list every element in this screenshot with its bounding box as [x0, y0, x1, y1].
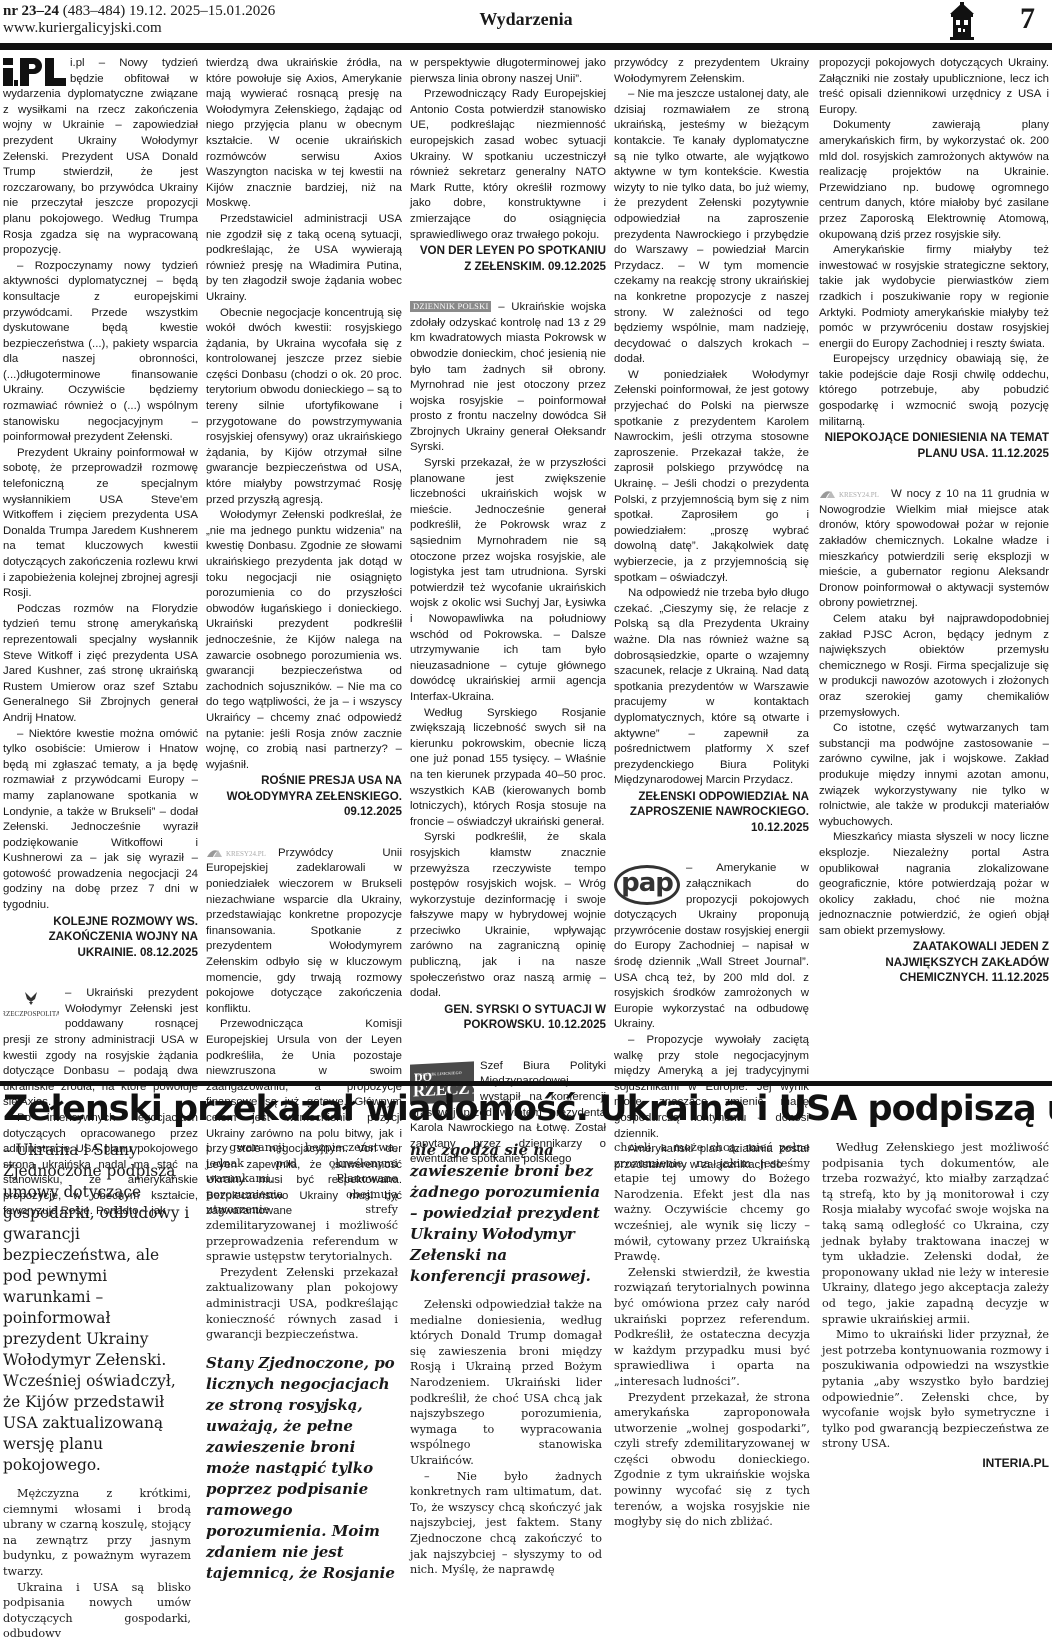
news-item-pap: pap– Amerykanie w załącznikach do propoz…: [614, 861, 809, 1033]
article-text: Zełenski odpowiedział także na medialne …: [410, 1297, 602, 1469]
news-source-caption: ZEŁENSKI ODPOWIEDZIAŁ NA ZAPROSZENIE NAW…: [614, 789, 809, 836]
news-text: w perspektywie długoterminowej jako pier…: [410, 56, 606, 87]
svg-text:RZECZPOSPOLITA: RZECZPOSPOLITA: [3, 1010, 59, 1018]
news-text: i.pl – Nowy tydzień będzie obfitował w w…: [3, 57, 198, 256]
kresy24-logo-icon: KRESY24.PL: [206, 847, 274, 859]
dziennik-polski-logo-icon: DZIENNIK POLSKI: [410, 301, 491, 312]
article-lead: – Ukraina i Stany Zjednoczone podpiszą u…: [3, 1140, 191, 1476]
lantern-icon: [947, 2, 977, 40]
news-column-4: przywódcy z prezydentem Ukrainy Wołodymy…: [614, 56, 809, 1173]
article-text: Ukraina i USA są blisko podpisania nowyc…: [3, 1580, 191, 1637]
article-text: – Nie było żadnych konkretnych ram ultim…: [410, 1469, 602, 1578]
news-text: – Rozpoczynamy nowy tydzień aktywności d…: [3, 259, 198, 446]
news-text: W nocy z 10 na 11 grudnia w Nowogrodzie …: [819, 488, 1049, 609]
article-text: Prezydent Zełenski przekazał zaktualizow…: [206, 1265, 398, 1343]
news-text: Przedstawiciel administracji USA nie zgo…: [206, 212, 402, 306]
news-text: W poniedziałek Wołodymyr Zełenski poinfo…: [614, 368, 809, 586]
svg-text:KRESY24.PL: KRESY24.PL: [839, 491, 879, 499]
article-credit: INTERIA.PL: [822, 1456, 1049, 1472]
news-text: – Ukraińskie wojska zdołały odzyskać kon…: [410, 301, 606, 453]
svg-text:KRESY24.PL: KRESY24.PL: [226, 850, 266, 858]
news-text: Mieszkańcy miasta słyszeli w nocy liczne…: [819, 830, 1049, 939]
news-text: twierdzą dwa ukraińskie źródła, na które…: [206, 56, 402, 212]
news-source-caption: GEN. SYRSKI O SYTUACJI W POKROWSKU. 10.1…: [410, 1002, 606, 1033]
news-text: Amerykańskie firmy miałyby też inwestowa…: [819, 243, 1049, 352]
news-source-caption: ROŚNIE PRESJA USA NA WOŁODYMYRA ZEŁENSKI…: [206, 773, 402, 820]
kresy24-logo-icon: KRESY24.PL: [819, 488, 887, 500]
section-title: Wydarzenia: [0, 9, 1052, 30]
news-text: Podczas rozmów na Florydzie tydzień temu…: [3, 602, 198, 727]
news-column-1: i.pl – Nowy tydzień będzie obfitował w w…: [3, 56, 198, 1220]
news-text: Przewodniczący Rady Europejskiej Antonio…: [410, 87, 606, 243]
article-text: Prezydent przekazał, że strona amerykańs…: [614, 1390, 810, 1530]
news-text: Na odpowiedź nie trzeba było długo czeka…: [614, 586, 809, 789]
news-text: Celem ataku był najprawdopodobniej zakła…: [819, 612, 1049, 721]
news-column-5: propozycji pokojowych dotyczących Ukrain…: [819, 56, 1049, 1012]
article-column-5: Według Zełenskiego jest możliwość podpis…: [822, 1140, 1049, 1471]
article-text: Według Zełenskiego jest możliwość podpis…: [822, 1140, 1049, 1327]
news-item-ipl: i.pl – Nowy tydzień będzie obfitował w w…: [3, 56, 198, 259]
news-text: Wołodymyr Zełenski podkreślał, że „nie m…: [206, 508, 402, 773]
article-pull-quote: nie zgodzą się na zawieszenie broni bez …: [410, 1140, 602, 1287]
news-item-kresy-2: KRESY24.PL W nocy z 10 na 11 grudnia w N…: [819, 487, 1049, 612]
page-number: 7: [1020, 2, 1035, 36]
article-text: Mimo to ukraiński lider przyznał, że jes…: [822, 1327, 1049, 1452]
news-text: Obecnie negocjacje koncentrują się wokół…: [206, 306, 402, 509]
article-column-3: nie zgodzą się na zawieszenie broni bez …: [410, 1140, 602, 1578]
rzeczpospolita-logo-icon: RZECZPOSPOLITA: [3, 988, 59, 1020]
news-text: Co istotne, część wytwarzanych tam subst…: [819, 721, 1049, 830]
page-header: nr 23–24 (483–484) 19.12. 2025–15.01.202…: [0, 0, 1052, 50]
article-text: chcieli, a może chcą, mieć pełne zrozumi…: [614, 1140, 810, 1265]
news-item-kresy: KRESY24.PL Przywódcy Unii Europejskiej z…: [206, 846, 402, 1018]
article-text: Mężczyzna z krótkimi, ciemnymi włosami i…: [3, 1486, 191, 1580]
article-pull-quote: Stany Zjednoczone, po licznych negocjacj…: [206, 1353, 398, 1584]
news-text: – Nie ma jeszcze ustalonej daty, ale dzi…: [614, 87, 809, 368]
news-item-dziennik-polski: DZIENNIK POLSKI – Ukraińskie wojska zdoł…: [410, 300, 606, 456]
news-text: Dokumenty zawierają plany amerykańskich …: [819, 118, 1049, 243]
news-text: propozycji pokojowych dotyczących Ukrain…: [819, 56, 1049, 118]
header-rule: [0, 43, 1052, 50]
news-text: Syrski podkreślił, że skala rosyjskich k…: [410, 830, 606, 1002]
pap-logo-icon: pap: [614, 865, 680, 905]
news-text: Prezydent Ukrainy poinformował w sobotę,…: [3, 446, 198, 602]
article-text: Zełenski stwierdził, że kwestia rozwiąza…: [614, 1265, 810, 1390]
news-text: przywódcy z prezydentem Ukrainy Wołodymy…: [614, 56, 809, 87]
news-source-caption: ZAATAKOWALI JEDEN Z NAJWIĘKSZYCH ZAKŁADÓ…: [819, 939, 1049, 986]
news-text: Europejscy urzędnicy obawiają się, że ta…: [819, 352, 1049, 430]
news-text: Przywódcy Unii Europejskiej zadeklarowal…: [206, 847, 402, 1015]
article-column-4: chcieli, a może chcą, mieć pełne zrozumi…: [614, 1140, 810, 1530]
article-text: i gwarancji bezpieczeństwa, jednak pod o…: [206, 1140, 398, 1265]
news-text: Syrski przekazał, że w przyszłości plano…: [410, 456, 606, 706]
news-text: – Niektóre kwestie można omówić tylko os…: [3, 727, 198, 914]
article-headline: Zełenski przekazał wiadomość. Ukraina i …: [3, 1086, 1052, 1132]
article-column-1: – Ukraina i Stany Zjednoczone podpiszą u…: [3, 1140, 191, 1637]
news-column-2: twierdzą dwa ukraińskie źródła, na które…: [206, 56, 402, 1220]
news-source-caption: KOLEJNE ROZMOWY WS. ZAKOŃCZENIA WOJNY NA…: [3, 914, 198, 961]
news-source-caption: VON DER LEYEN PO SPOTKANIU Z ZEŁENSKIM. …: [410, 243, 606, 274]
news-column-3: w perspektywie długoterminowej jako pier…: [410, 56, 606, 1168]
news-source-caption: NIEPOKOJĄCE DONIESIENIA NA TEMAT PLANU U…: [819, 430, 1049, 461]
ipl-logo-icon: [3, 58, 66, 86]
article-column-2: i gwarancji bezpieczeństwa, jednak pod o…: [206, 1140, 398, 1594]
news-text: Według Syrskiego Rosjanie zwiększają lic…: [410, 706, 606, 831]
